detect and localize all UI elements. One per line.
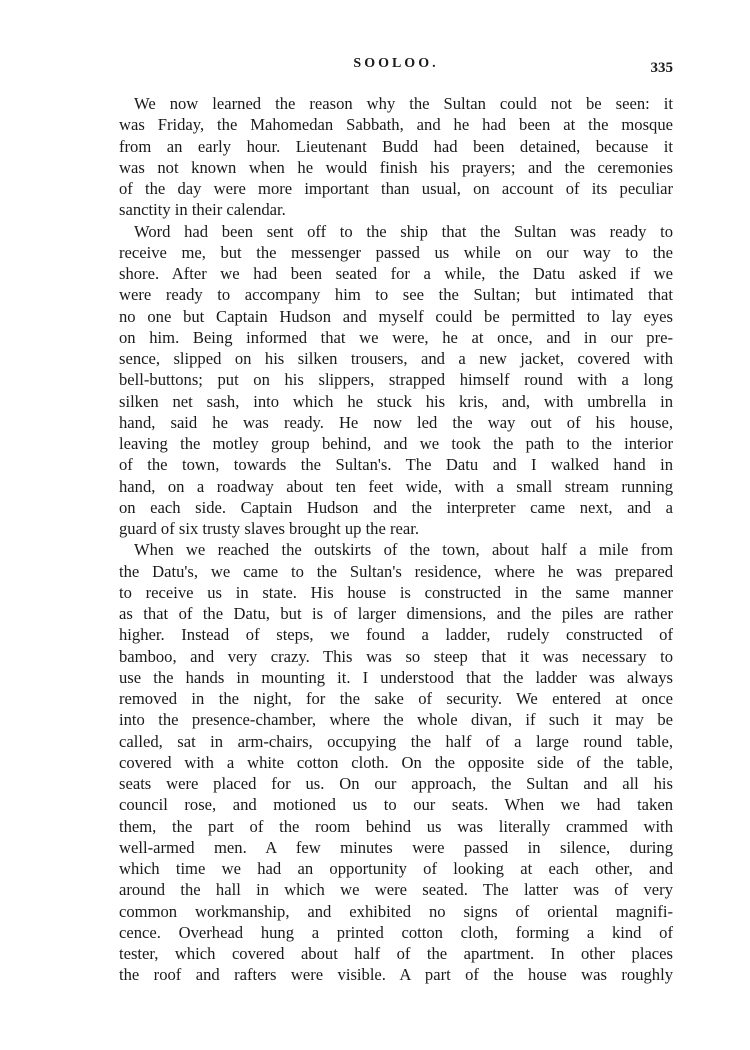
text-line: were ready to accompany him to see the S… xyxy=(119,284,673,305)
text-line: receive me, but the messenger passed us … xyxy=(119,242,673,263)
text-line: tester, which covered about half of the … xyxy=(119,943,673,964)
text-line: the Datu's, we came to the Sultan's resi… xyxy=(119,561,673,582)
text-line: them, the part of the room behind us was… xyxy=(119,816,673,837)
paragraph: We now learned the reason why the Sultan… xyxy=(119,93,673,221)
text-line: hand, on a roadway about ten feet wide, … xyxy=(119,476,673,497)
text-line: around the hall in which we were seated.… xyxy=(119,879,673,900)
page-number: 335 xyxy=(651,60,674,77)
text-line: guard of six trusty slaves brought up th… xyxy=(119,518,673,539)
text-line: of the town, towards the Sultan's. The D… xyxy=(119,454,673,475)
text-line: to receive us in state. His house is con… xyxy=(119,582,673,603)
text-line: removed in the night, for the sake of se… xyxy=(119,688,673,709)
text-line: sence, slipped on his silken trousers, a… xyxy=(119,348,673,369)
text-line: on him. Being informed that we were, he … xyxy=(119,327,673,348)
text-line: of the day were more important than usua… xyxy=(119,178,673,199)
book-page: SOOLOO. 335 We now learned the reason wh… xyxy=(0,0,750,1050)
text-line: use the hands in mounting it. I understo… xyxy=(119,667,673,688)
paragraph: Word had been sent off to the ship that … xyxy=(119,221,673,540)
text-line: council rose, and motioned us to our sea… xyxy=(119,794,673,815)
text-line: bell-buttons; put on his slippers, strap… xyxy=(119,369,673,390)
text-line: into the presence-chamber, where the who… xyxy=(119,709,673,730)
text-line: as that of the Datu, but is of larger di… xyxy=(119,603,673,624)
text-line: silken net sash, into which he stuck his… xyxy=(119,391,673,412)
text-line: leaving the motley group behind, and we … xyxy=(119,433,673,454)
body-text: We now learned the reason why the Sultan… xyxy=(119,93,673,986)
text-line: bamboo, and very crazy. This was so stee… xyxy=(119,646,673,667)
text-line: the roof and rafters were visible. A par… xyxy=(119,964,673,985)
text-line: higher. Instead of steps, we found a lad… xyxy=(119,624,673,645)
text-line: well-armed men. A few minutes were passe… xyxy=(119,837,673,858)
text-line: on each side. Captain Hudson and the int… xyxy=(119,497,673,518)
text-line: cence. Overhead hung a printed cotton cl… xyxy=(119,922,673,943)
text-line: common workmanship, and exhibited no sig… xyxy=(119,901,673,922)
text-line: seats were placed for us. On our approac… xyxy=(119,773,673,794)
text-line: shore. After we had been seated for a wh… xyxy=(119,263,673,284)
text-line: hand, said he was ready. He now led the … xyxy=(119,412,673,433)
text-line: covered with a white cotton cloth. On th… xyxy=(119,752,673,773)
running-head: SOOLOO. 335 xyxy=(119,56,673,80)
text-line: We now learned the reason why the Sultan… xyxy=(119,93,673,114)
text-line: no one but Captain Hudson and myself cou… xyxy=(119,306,673,327)
running-title: SOOLOO. xyxy=(119,56,673,72)
text-line: was not known when he would finish his p… xyxy=(119,157,673,178)
text-line: Word had been sent off to the ship that … xyxy=(119,221,673,242)
text-line: called, sat in arm-chairs, occupying the… xyxy=(119,731,673,752)
text-line: When we reached the outskirts of the tow… xyxy=(119,539,673,560)
text-line: was Friday, the Mahomedan Sabbath, and h… xyxy=(119,114,673,135)
text-line: which time we had an opportunity of look… xyxy=(119,858,673,879)
text-line: from an early hour. Lieutenant Budd had … xyxy=(119,136,673,157)
text-line: sanctity in their calendar. xyxy=(119,199,673,220)
paragraph: When we reached the outskirts of the tow… xyxy=(119,539,673,985)
